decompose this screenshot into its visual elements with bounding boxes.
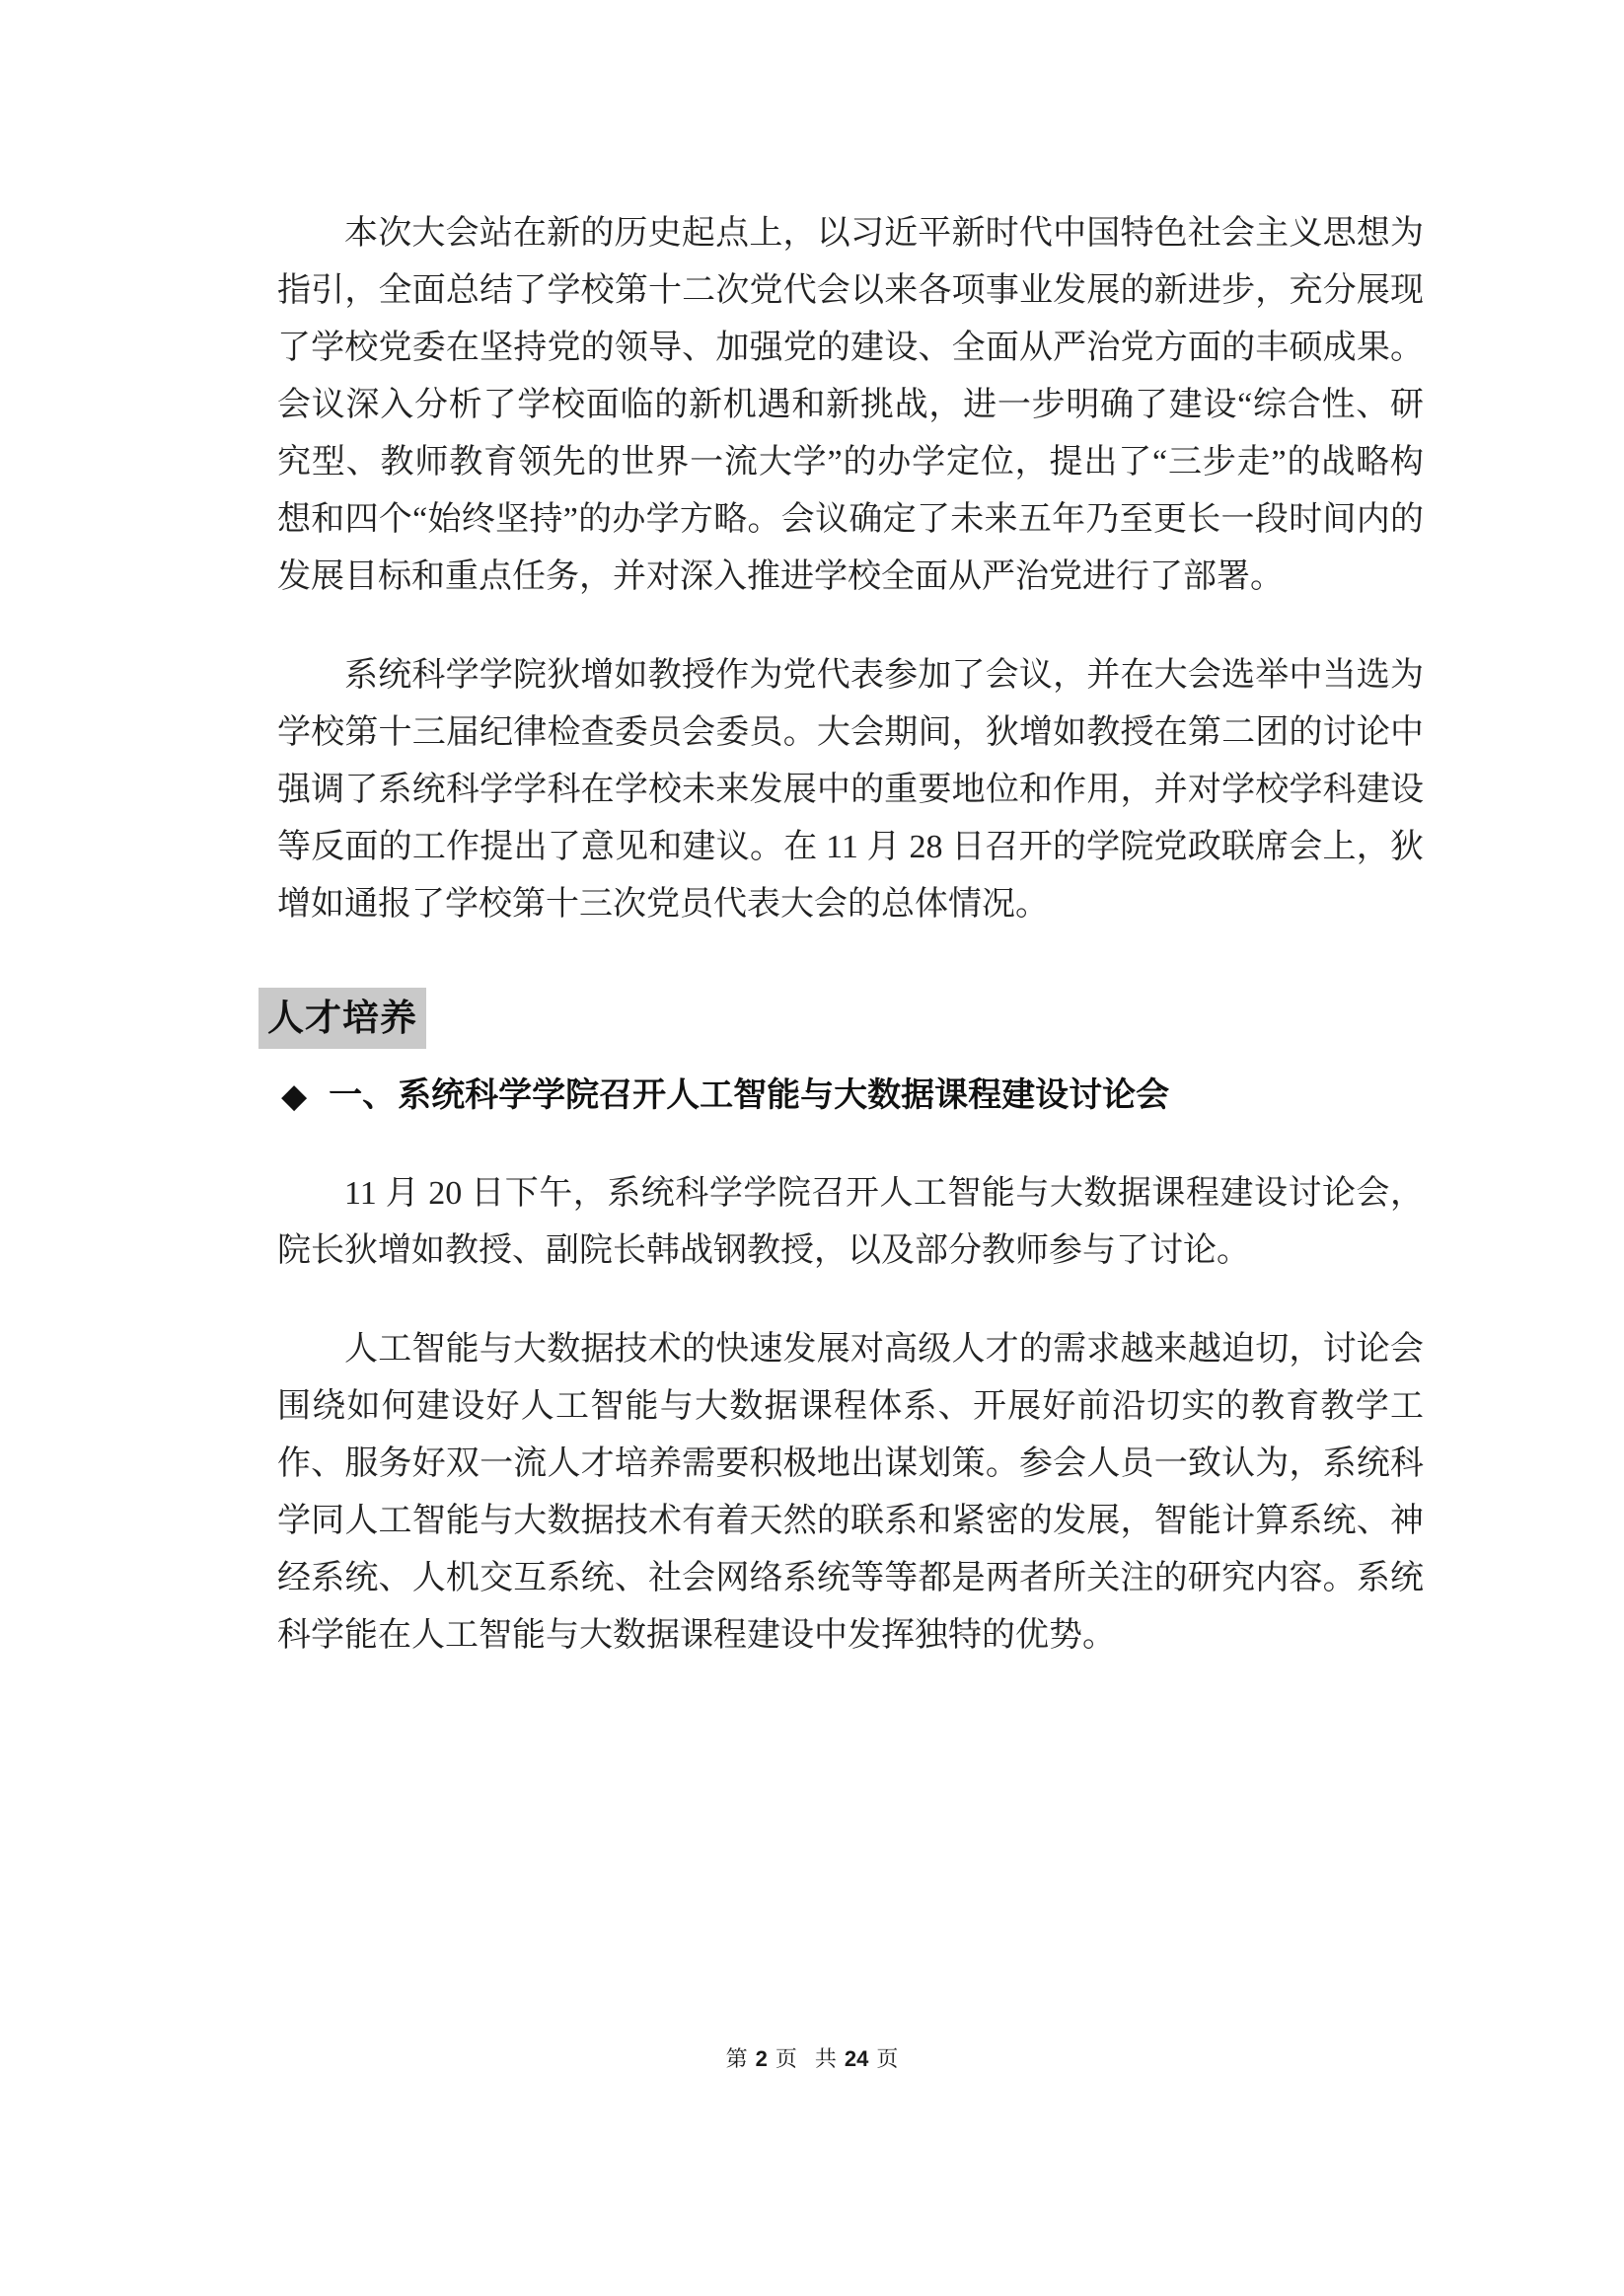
item-number: 一、: [329, 1076, 396, 1114]
footer-total-word: 页: [876, 2046, 898, 2071]
footer-total-prefix: 共: [815, 2046, 837, 2071]
paragraph-professor-delegate: 系统科学学院狄增如教授作为党代表参加了会议，并在大会选举中当选为学校第十三届纪律…: [277, 647, 1424, 933]
paragraph-meeting-intro: 11 月 20 日下午，系统科学学院召开人工智能与大数据课程建设讨论会，院长狄增…: [277, 1165, 1424, 1280]
diamond-bullet-icon: ◆: [281, 1074, 307, 1119]
item-title: 系统科学学院召开人工智能与大数据课程建设讨论会: [398, 1076, 1169, 1114]
paragraph-congress-summary: 本次大会站在新的历史起点上，以习近平新时代中国特色社会主义思想为指引，全面总结了…: [277, 205, 1424, 606]
footer-current-page: 2: [756, 2046, 768, 2071]
bullet-item-heading: ◆一、系统科学学院召开人工智能与大数据课程建设讨论会: [281, 1073, 1424, 1118]
document-page: 本次大会站在新的历史起点上，以习近平新时代中国特色社会主义思想为指引，全面总结了…: [0, 0, 1624, 2296]
page-footer: 第2页共24页: [0, 2044, 1624, 2074]
section-heading-wrap: 人才培养: [258, 988, 1424, 1049]
section-heading-talent-cultivation: 人才培养: [258, 988, 426, 1049]
document-content: 本次大会站在新的历史起点上，以习近平新时代中国特色社会主义思想为指引，全面总结了…: [277, 205, 1424, 1706]
footer-total-pages: 24: [845, 2046, 868, 2071]
footer-page-prefix: 第: [726, 2046, 748, 2071]
paragraph-discussion-details: 人工智能与大数据技术的快速发展对高级人才的需求越来越迫切，讨论会围绕如何建设好人…: [277, 1321, 1424, 1665]
footer-page-word: 页: [775, 2046, 797, 2071]
